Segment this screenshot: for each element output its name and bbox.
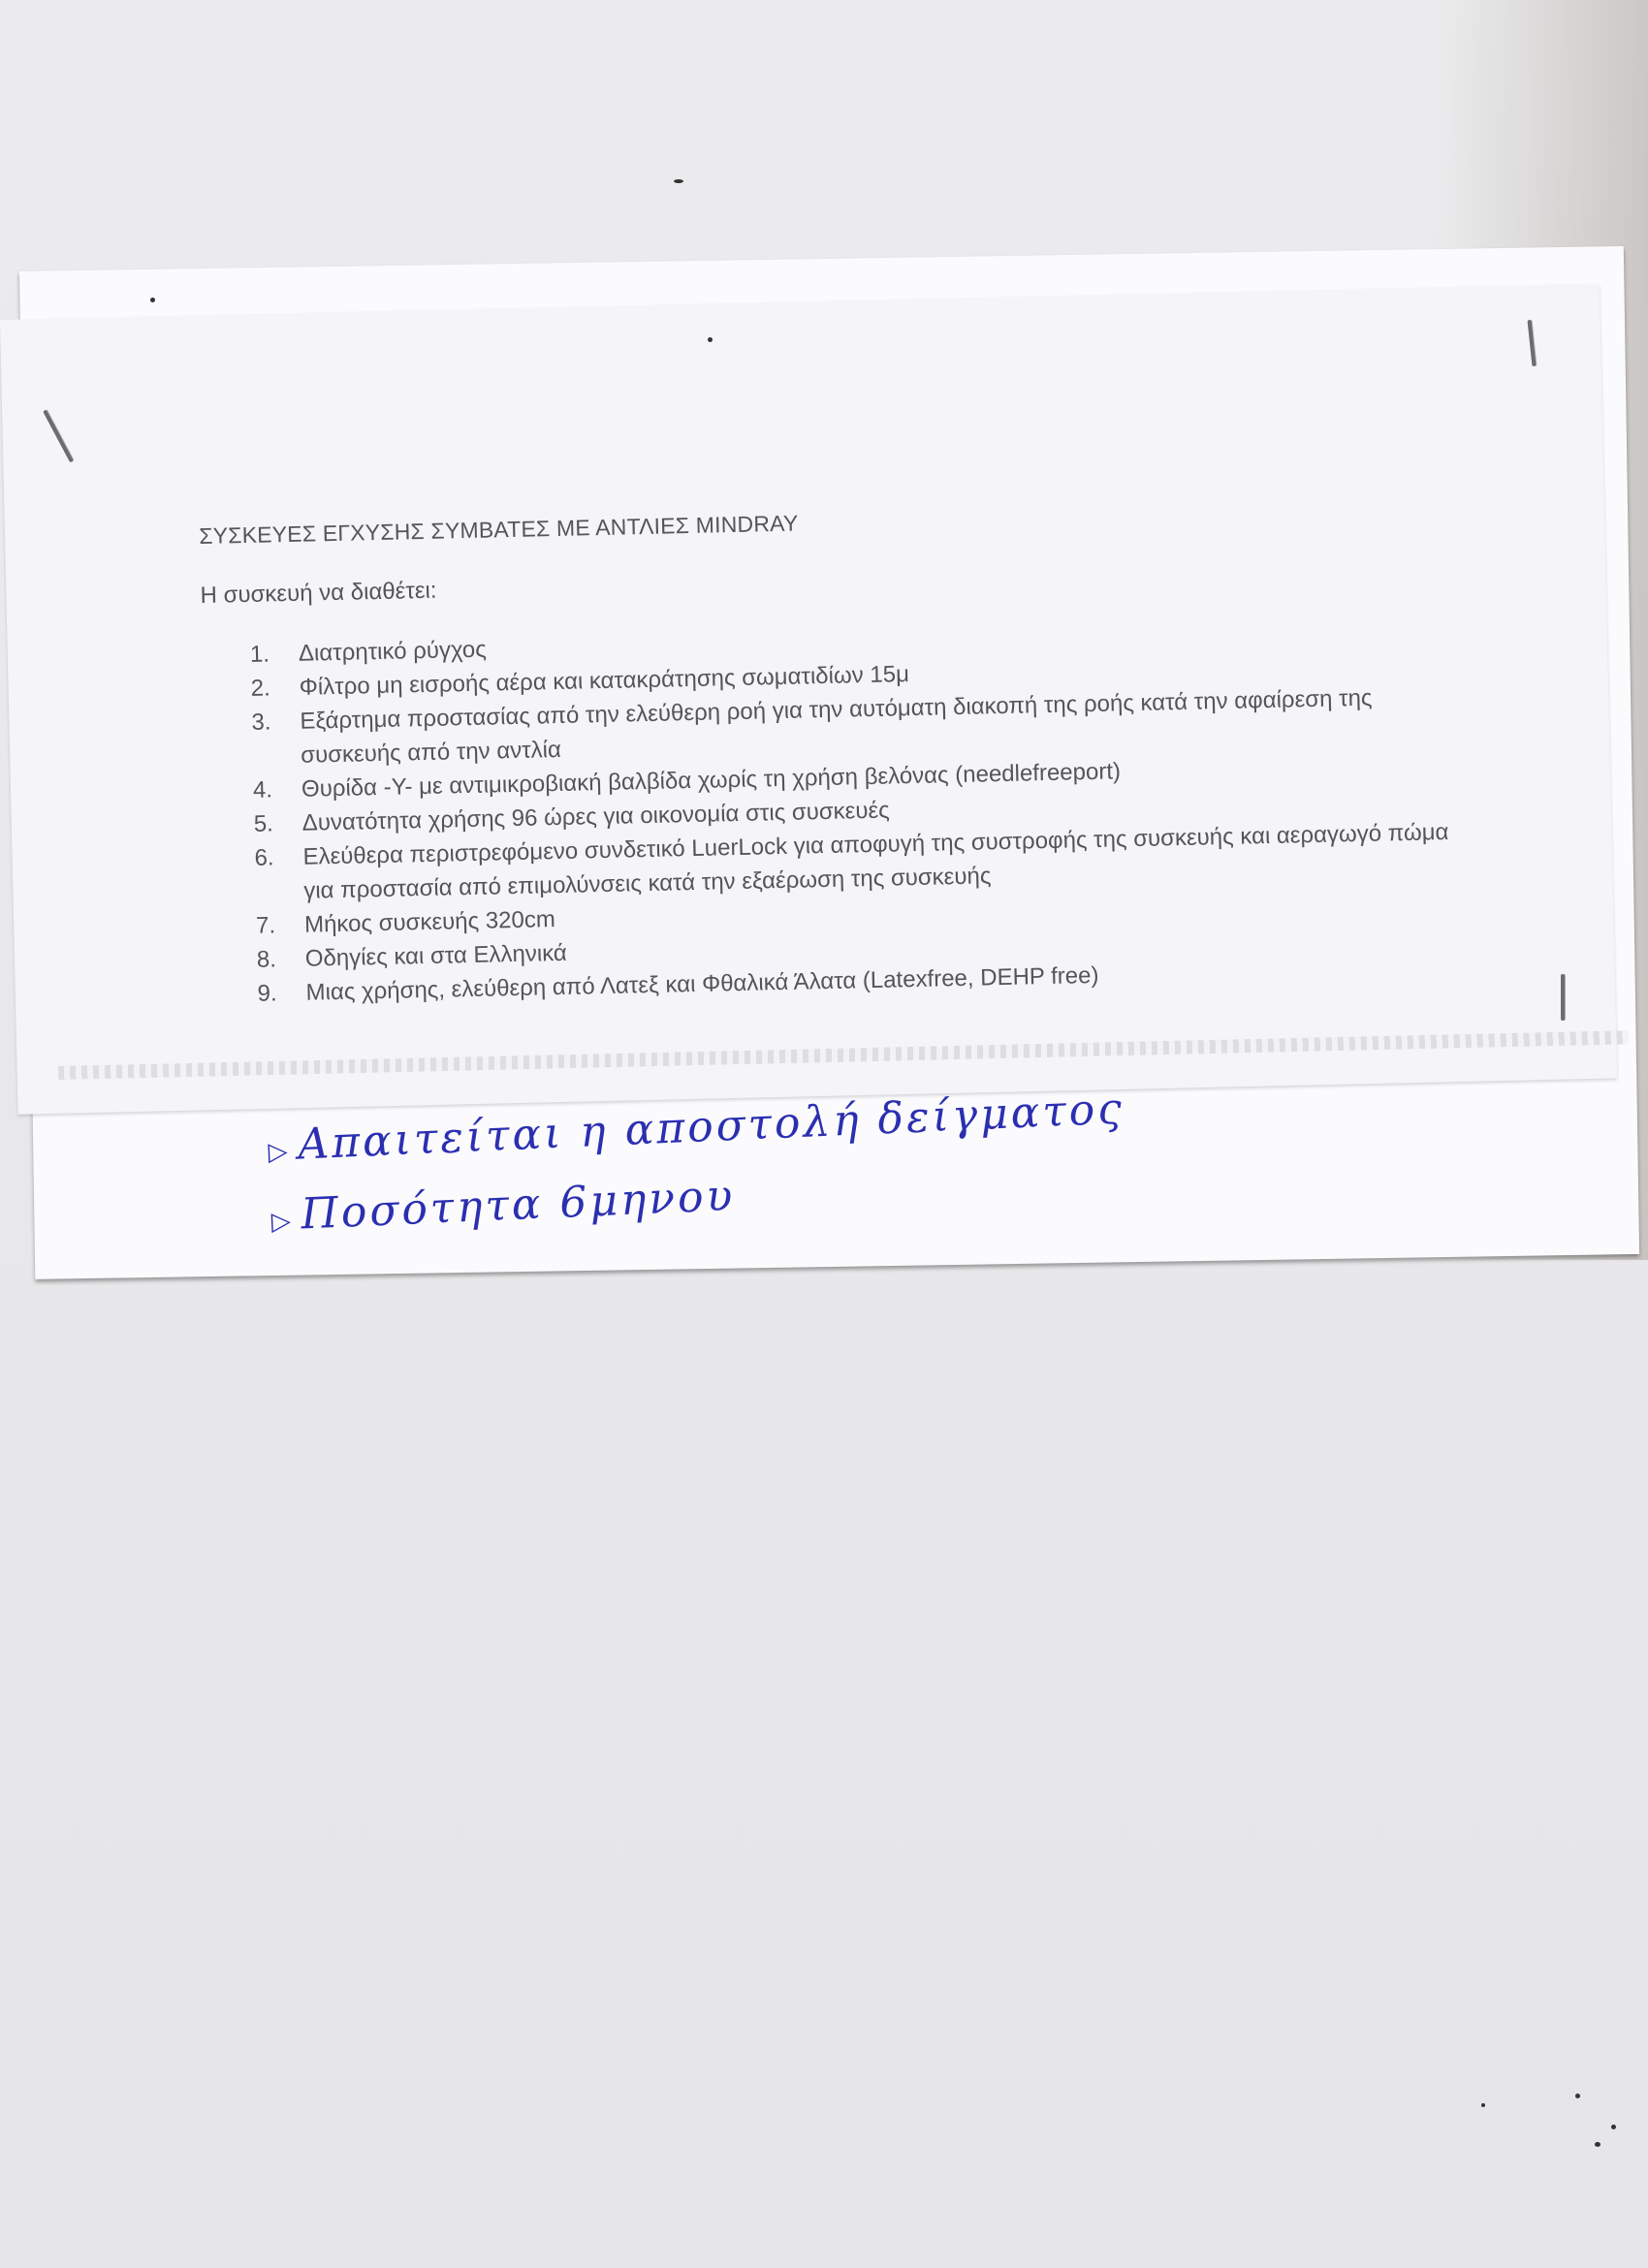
scan-speck (1575, 2094, 1580, 2098)
item-number: 7. (256, 908, 276, 942)
document-intro: Η συσκευή να διαθέτει: (200, 555, 1460, 610)
triangle-bullet-icon: ▷ (270, 1207, 294, 1237)
printed-document: ΣΥΣΚΕΥΕΣ ΕΓΧΥΣΗΣ ΣΥΜΒΑΤΕΣ ΜΕ ΑΝΤΛΙΕΣ MIN… (199, 496, 1470, 1012)
scan-speck (1595, 2142, 1600, 2147)
item-number: 2. (250, 671, 270, 705)
item-number: 5. (253, 806, 273, 840)
triangle-bullet-icon: ▷ (268, 1137, 291, 1167)
item-number: 8. (256, 942, 276, 976)
scan-speck (1481, 2103, 1485, 2107)
requirements-list: 1.Διατρητικό ρύγχος 2.Φίλτρο μη εισροής … (202, 612, 1470, 1012)
scan-speck (150, 298, 155, 302)
scan-speck (708, 337, 713, 342)
item-number: 1. (250, 637, 270, 671)
staple-icon (1561, 974, 1565, 1021)
item-text: Μήκος συσκευής 320cm (304, 906, 555, 938)
item-text: Οδηγίες και στα Ελληνικά (305, 940, 568, 972)
scan-speck (1611, 2125, 1616, 2129)
item-number: 4. (253, 772, 273, 806)
item-number: 6. (254, 840, 274, 874)
note-text: Ποσότητα 6μηνου (300, 1171, 736, 1239)
item-text: Διατρητικό ρύγχος (299, 637, 487, 667)
scan-speck (674, 179, 683, 183)
item-number: 3. (251, 705, 271, 739)
item-number: 9. (257, 976, 277, 1010)
